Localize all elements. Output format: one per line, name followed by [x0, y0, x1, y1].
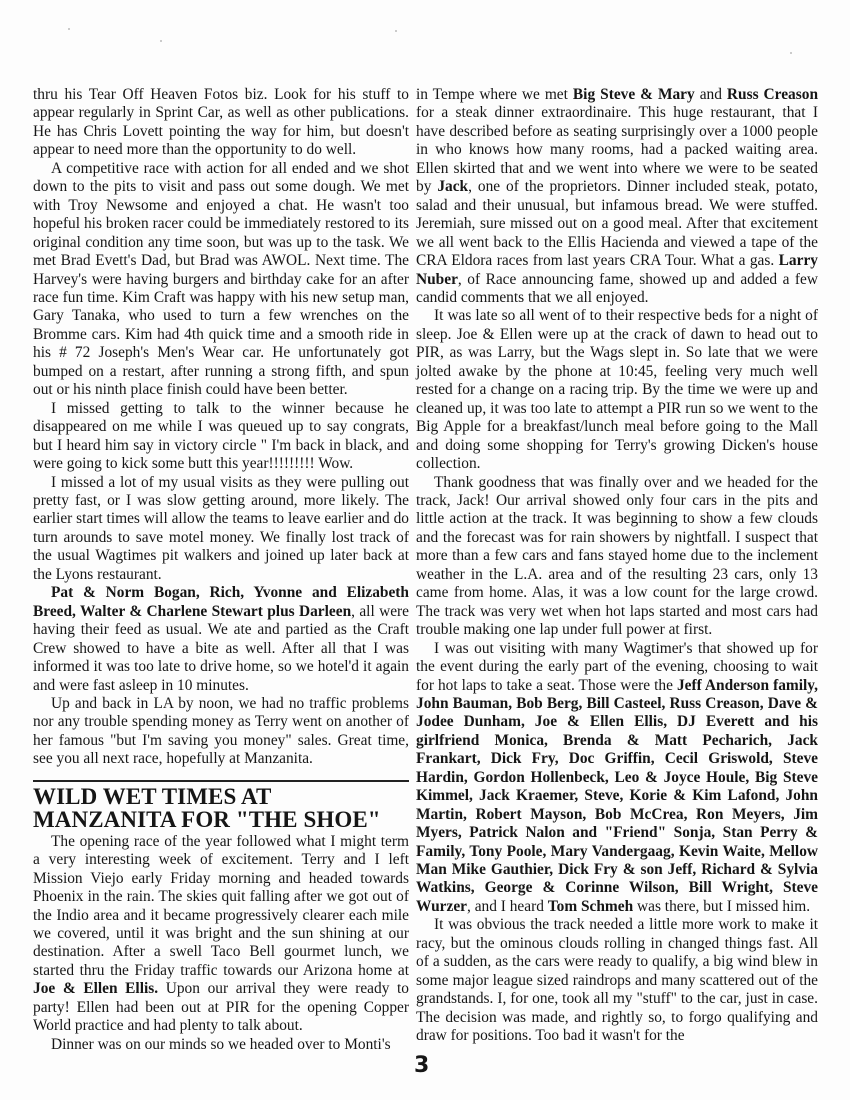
- paragraph-text: It was late so all went of to their resp…: [416, 307, 818, 472]
- paragraph-text: It was obvious the track needed a little…: [416, 916, 818, 1044]
- body-paragraph: in Tempe where we met Big Steve & Mary a…: [416, 86, 818, 307]
- body-paragraph: Thank goodness that was finally over and…: [416, 474, 818, 640]
- paragraph-text: Up and back in LA by noon, we had no tra…: [33, 695, 409, 767]
- body-paragraph: Pat & Norm Bogan, Rich, Yvonne and Eliza…: [33, 584, 409, 695]
- article-headline: WILD WET TIMES AT MANZANITA FOR "THE SHO…: [33, 785, 409, 831]
- left-column: thru his Tear Off Heaven Fotos biz. Look…: [33, 86, 409, 1054]
- paragraph-text: Dinner was on our minds so we headed ove…: [51, 1036, 391, 1053]
- left-column-body-after-headline: The opening race of the year followed wh…: [33, 833, 409, 1054]
- paragraph-text: I missed getting to talk to the winner b…: [33, 400, 409, 472]
- bold-name-text: Jeff Anderson family, John Bauman, Bob B…: [416, 677, 818, 915]
- paragraph-text: thru his Tear Off Heaven Fotos biz. Look…: [33, 86, 409, 158]
- paragraph-text: in Tempe where we met: [416, 86, 573, 103]
- page-number: 3: [414, 1053, 429, 1078]
- bold-name-text: Big Steve & Mary: [573, 86, 695, 103]
- bold-name-text: Joe & Ellen Ellis.: [33, 980, 158, 997]
- paragraph-text: was there, but I missed him.: [633, 898, 810, 915]
- left-column-body-before-headline: thru his Tear Off Heaven Fotos biz. Look…: [33, 86, 409, 769]
- right-column: in Tempe where we met Big Steve & Mary a…: [416, 86, 818, 1046]
- paragraph-text: , and I heard: [467, 898, 548, 915]
- paragraph-text: Thank goodness that was finally over and…: [416, 474, 818, 639]
- scan-speck: [68, 28, 70, 30]
- bold-name-text: Jack: [437, 178, 468, 195]
- paragraph-text: The opening race of the year followed wh…: [33, 833, 409, 979]
- body-paragraph: I missed getting to talk to the winner b…: [33, 400, 409, 474]
- body-paragraph: A competitive race with action for all e…: [33, 160, 409, 400]
- right-column-body: in Tempe where we met Big Steve & Mary a…: [416, 86, 818, 1046]
- paragraph-text: , one of the proprietors. Dinner include…: [416, 178, 818, 269]
- newsletter-page: thru his Tear Off Heaven Fotos biz. Look…: [0, 0, 850, 1100]
- scan-speck: [160, 40, 162, 42]
- body-paragraph: Dinner was on our minds so we headed ove…: [33, 1036, 409, 1054]
- headline-divider: [33, 780, 409, 782]
- paragraph-text: A competitive race with action for all e…: [33, 160, 409, 398]
- paragraph-text: , of Race announcing fame, showed up and…: [416, 271, 818, 306]
- body-paragraph: It was obvious the track needed a little…: [416, 916, 818, 1045]
- paragraph-text: I missed a lot of my usual visits as the…: [33, 474, 409, 583]
- scan-speck: [395, 30, 397, 32]
- scan-speck: [790, 52, 792, 54]
- body-paragraph: I was out visiting with many Wagtimer's …: [416, 640, 818, 917]
- body-paragraph: The opening race of the year followed wh…: [33, 833, 409, 1036]
- body-paragraph: It was late so all went of to their resp…: [416, 307, 818, 473]
- body-paragraph: I missed a lot of my usual visits as the…: [33, 474, 409, 585]
- bold-name-text: Tom Schmeh: [548, 898, 633, 915]
- paragraph-text: and: [695, 86, 727, 103]
- body-paragraph: Up and back in LA by noon, we had no tra…: [33, 695, 409, 769]
- body-paragraph: thru his Tear Off Heaven Fotos biz. Look…: [33, 86, 409, 160]
- bold-name-text: Russ Creason: [727, 86, 818, 103]
